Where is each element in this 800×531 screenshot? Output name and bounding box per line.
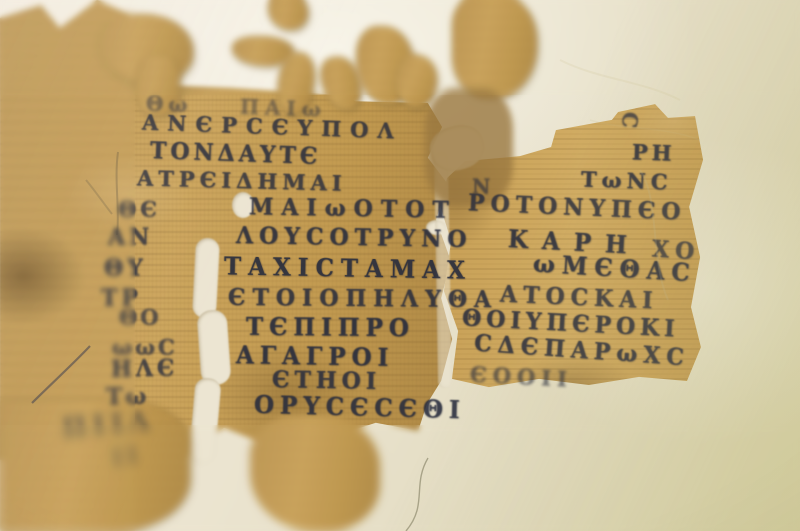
greek-text-line: ЄΤΗΟΙ xyxy=(272,369,382,394)
greek-text-line: ΜΑΙωΟΤΟΤ xyxy=(249,196,457,223)
greek-text-line: ΠΙΙΛ xyxy=(61,407,156,442)
greek-text-line: ЄΤΟΙΟΠΗΛΥΘΑ xyxy=(228,286,498,311)
greek-text-line: ΑΝЄΡCЄΥΠΟΛ xyxy=(142,111,403,142)
greek-text-line: ΛΟΥCΟΤΡΥΝΟ xyxy=(236,224,473,251)
greek-text-line: ΑΝ xyxy=(108,226,153,249)
greek-text-line: ΡΟΤΟΝΥΠЄΟ xyxy=(468,192,687,224)
greek-text-line: ΘЄ xyxy=(118,198,161,220)
greek-text-line: ЄΟΟΙΙ xyxy=(469,363,573,390)
greek-text-line: ΑΤΡЄΙΔΗΜΑΙ xyxy=(137,167,347,194)
greek-text-line: ΡΗ xyxy=(632,141,676,164)
greek-text-line: ΑΓΑΓΡΟΙ xyxy=(236,343,395,370)
ink-text-layer: ΘωΠΑΙωΑΝЄΡCЄΥΠΟΛCΡΗΤΟΝΔΑΥΤЄΑΤΡЄΙΔΗΜΑΙΝΤω… xyxy=(0,0,800,531)
greek-text-line: ΙΙ xyxy=(111,444,144,471)
greek-text-line: ΟΡΥCЄCЄΘΙ xyxy=(254,393,466,422)
greek-text-line: ΤΑΧΙCΤΑΜΑΧ xyxy=(224,254,472,282)
greek-text-line: ΗΛЄ xyxy=(111,357,179,381)
papyrus-photo: ΘωΠΑΙωΑΝЄΡCЄΥΠΟΛCΡΗΤΟΝΔΑΥΤЄΑΤΡЄΙΔΗΜΑΙΝΤω… xyxy=(0,0,800,531)
greek-text-line: ΘΟ xyxy=(119,306,162,328)
greek-text-line: ΤЄΠΙΠΡΟ xyxy=(246,315,415,340)
greek-text-line: ΤωΝC xyxy=(581,168,673,193)
greek-text-line: ΤΟΝΔΑΥΤЄ xyxy=(150,140,322,169)
greek-text-line: C xyxy=(619,111,641,129)
greek-text-line: ΘΥ xyxy=(104,257,147,280)
